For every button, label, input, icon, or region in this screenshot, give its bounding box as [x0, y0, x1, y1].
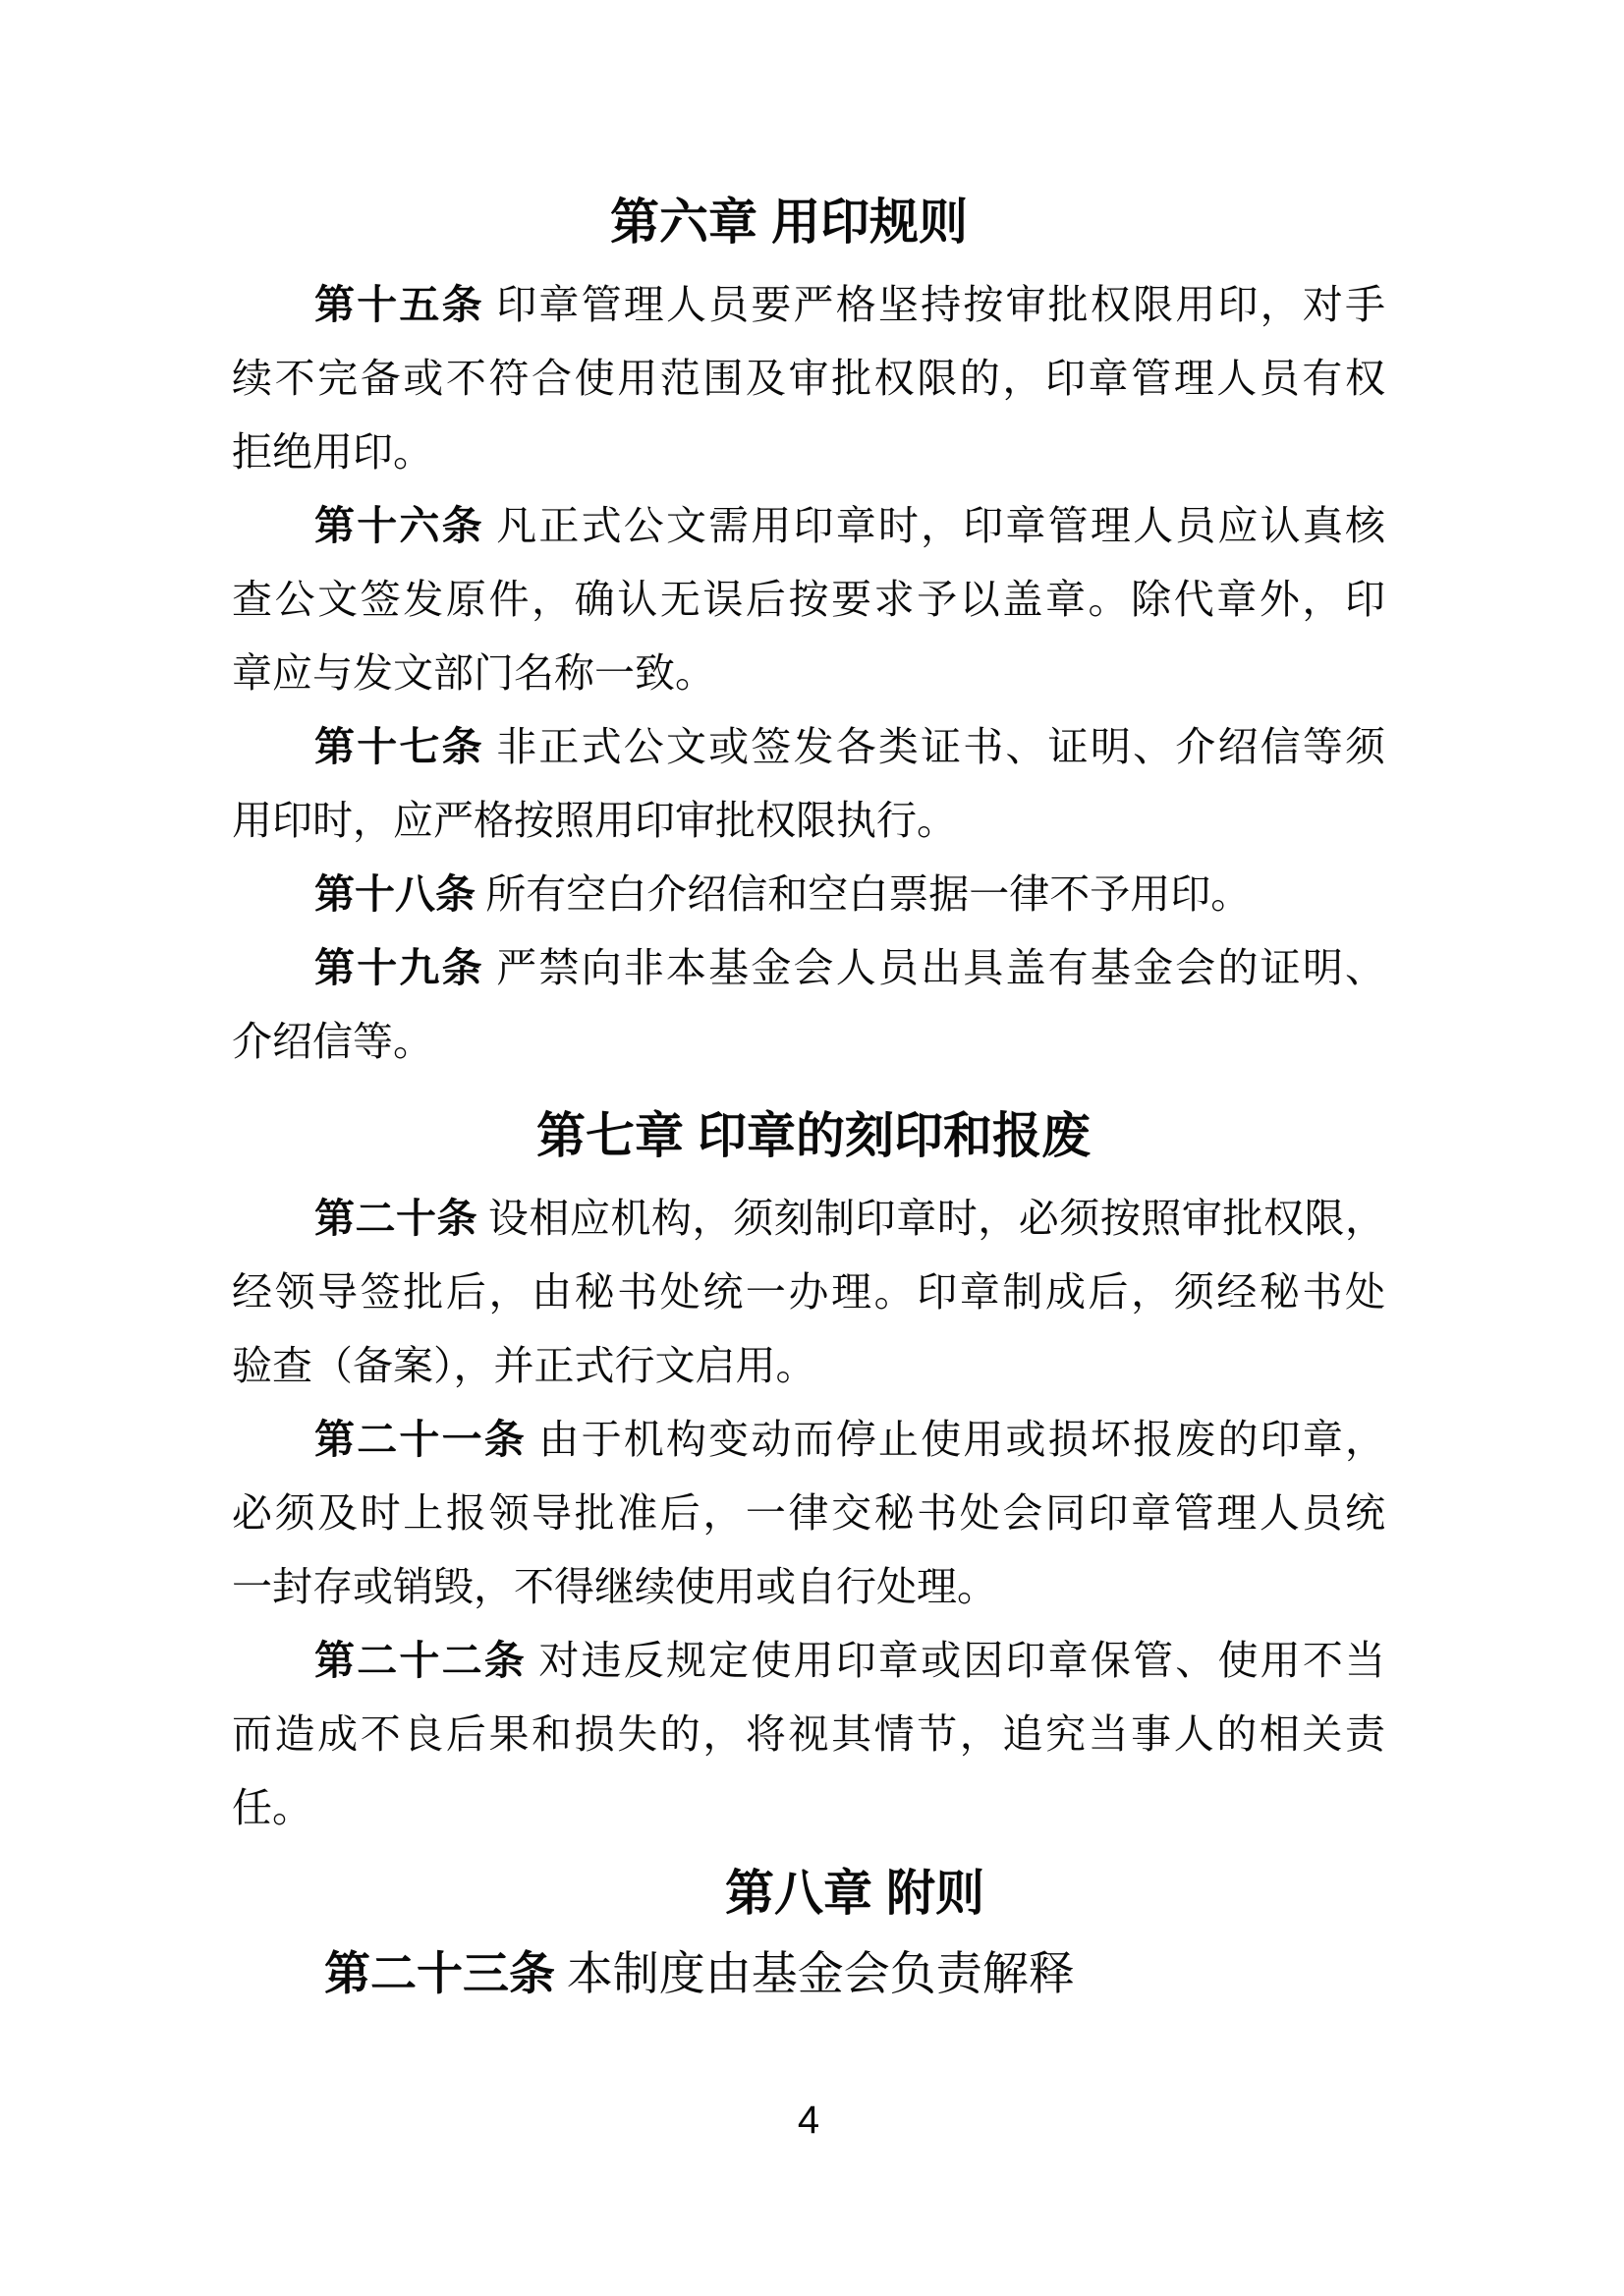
article-number: 第二十三条 — [324, 1949, 555, 2000]
chapter-8-heading: 第八章 附则 — [232, 1857, 1385, 1931]
article-number: 第十七条 — [314, 724, 484, 769]
paragraph-line: 查公文签发原件，确认无误后按要求予以盖章。除代章外，印 — [232, 563, 1385, 637]
chapter-6-heading: 第六章 用印规则 — [232, 186, 1385, 259]
paragraph-line: 第二十二条 对违反规定使用印章或因印章保管、使用不当 — [232, 1624, 1385, 1698]
line-text: 介绍信等。 — [232, 1019, 433, 1064]
paragraph-line: 用印时，应严格按照用印审批权限执行。 — [232, 784, 1385, 858]
line-text: 任。 — [232, 1785, 312, 1830]
article-23-paragraph: 第二十三条 本制度由基金会负责解释 — [232, 1938, 1385, 2012]
article-18-paragraph: 第十八条 所有空白介绍信和空白票据一律不予用印。 — [232, 858, 1385, 931]
paragraph-line: 章应与发文部门名称一致。 — [232, 637, 1385, 710]
article-number: 第十六条 — [314, 503, 484, 548]
article-number: 第十八条 — [314, 871, 476, 917]
line-text: 而造成不良后果和损失的，将视其情节，追究当事人的相关责 — [232, 1711, 1385, 1757]
line-text: 对违反规定使用印章或因印章保管、使用不当 — [538, 1638, 1385, 1683]
article-19-paragraph: 第十九条 严禁向非本基金会人员出具盖有基金会的证明、 介绍信等。 — [232, 931, 1385, 1079]
line-text: 查公文签发原件，确认无误后按要求予以盖章。除代章外，印 — [232, 577, 1385, 622]
paragraph-line: 第二十三条 本制度由基金会负责解释 — [232, 1938, 1385, 2012]
article-22-paragraph: 第二十二条 对违反规定使用印章或因印章保管、使用不当 而造成不良后果和损失的，将… — [232, 1624, 1385, 1845]
paragraph-line: 必须及时上报领导批准后，一律交秘书处会同印章管理人员统 — [232, 1477, 1385, 1550]
paragraph-line: 介绍信等。 — [232, 1005, 1385, 1079]
paragraph-line: 验查（备案），并正式行文启用。 — [232, 1329, 1385, 1403]
line-text: 必须及时上报领导批准后，一律交秘书处会同印章管理人员统 — [232, 1490, 1385, 1536]
line-text: 经领导签批后，由秘书处统一办理。印章制成后，须经秘书处 — [232, 1269, 1385, 1315]
article-number: 第二十一条 — [314, 1417, 527, 1462]
article-21-paragraph: 第二十一条 由于机构变动而停止使用或损坏报废的印章， 必须及时上报领导批准后，一… — [232, 1403, 1385, 1624]
article-15-paragraph: 第十五条 印章管理人员要严格坚持按审批权限用印，对手 续不完备或不符合使用范围及… — [232, 268, 1385, 489]
line-text: 一封存或销毁，不得继续使用或自行处理。 — [232, 1564, 997, 1609]
paragraph-line: 第二十条 设相应机构，须刻制印章时，必须按照审批权限， — [232, 1182, 1385, 1256]
chapter-7-heading: 第七章 印章的刻印和报废 — [232, 1099, 1385, 1173]
line-text: 用印时，应严格按照用印审批权限执行。 — [232, 798, 957, 843]
article-17-paragraph: 第十七条 非正式公文或签发各类证书、证明、介绍信等须 用印时，应严格按照用印审批… — [232, 710, 1385, 858]
paragraph-line: 经领导签批后，由秘书处统一办理。印章制成后，须经秘书处 — [232, 1256, 1385, 1329]
line-text: 章应与发文部门名称一致。 — [232, 650, 715, 696]
article-number: 第十五条 — [314, 282, 484, 327]
paragraph-line: 拒绝用印。 — [232, 416, 1385, 489]
document-page: 第六章 用印规则 第十五条 印章管理人员要严格坚持按审批权限用印，对手 续不完备… — [0, 0, 1624, 2296]
paragraph-line: 第二十一条 由于机构变动而停止使用或损坏报废的印章， — [232, 1403, 1385, 1477]
paragraph-line: 而造成不良后果和损失的，将视其情节，追究当事人的相关责 — [232, 1698, 1385, 1771]
line-text: 由于机构变动而停止使用或损坏报废的印章， — [538, 1417, 1385, 1462]
paragraph-line: 第十七条 非正式公文或签发各类证书、证明、介绍信等须 — [232, 710, 1385, 784]
paragraph-line: 一封存或销毁，不得继续使用或自行处理。 — [232, 1550, 1385, 1624]
line-text: 印章管理人员要严格坚持按审批权限用印，对手 — [496, 282, 1385, 327]
article-20-paragraph: 第二十条 设相应机构，须刻制印章时，必须按照审批权限， 经领导签批后，由秘书处统… — [232, 1182, 1385, 1403]
paragraph-line: 第十八条 所有空白介绍信和空白票据一律不予用印。 — [232, 858, 1385, 931]
chapter-heading-text: 第七章 印章的刻印和报废 — [536, 1108, 1091, 1163]
paragraph-line: 第十九条 严禁向非本基金会人员出具盖有基金会的证明、 — [232, 931, 1385, 1005]
chapter-heading-text: 第六章 用印规则 — [610, 195, 968, 250]
line-text: 非正式公文或签发各类证书、证明、介绍信等须 — [496, 724, 1385, 769]
line-text: 拒绝用印。 — [232, 429, 433, 475]
paragraph-line: 任。 — [232, 1771, 1385, 1845]
paragraph-line: 第十六条 凡正式公文需用印章时，印章管理人员应认真核 — [232, 489, 1385, 563]
article-16-paragraph: 第十六条 凡正式公文需用印章时，印章管理人员应认真核 查公文签发原件，确认无误后… — [232, 489, 1385, 710]
paragraph-line: 续不完备或不符合使用范围及审批权限的，印章管理人员有权 — [232, 342, 1385, 416]
article-number: 第二十二条 — [314, 1638, 527, 1683]
page-number: 4 — [232, 2100, 1385, 2140]
paragraph-line: 第十五条 印章管理人员要严格坚持按审批权限用印，对手 — [232, 268, 1385, 342]
article-number: 第十九条 — [314, 945, 484, 990]
line-text: 验查（备案），并正式行文启用。 — [232, 1343, 816, 1388]
line-text: 设相应机构，须刻制印章时，必须按照审批权限， — [488, 1196, 1385, 1241]
article-number: 第二十条 — [314, 1196, 477, 1241]
line-text: 严禁向非本基金会人员出具盖有基金会的证明、 — [496, 945, 1385, 990]
line-text: 凡正式公文需用印章时，印章管理人员应认真核 — [496, 503, 1385, 548]
line-text: 本制度由基金会负责解释 — [567, 1949, 1075, 2000]
chapter-heading-text: 第八章 附则 — [725, 1866, 984, 1921]
line-text: 所有空白介绍信和空白票据一律不予用印。 — [485, 871, 1251, 917]
line-text: 续不完备或不符合使用范围及审批权限的，印章管理人员有权 — [232, 356, 1385, 401]
